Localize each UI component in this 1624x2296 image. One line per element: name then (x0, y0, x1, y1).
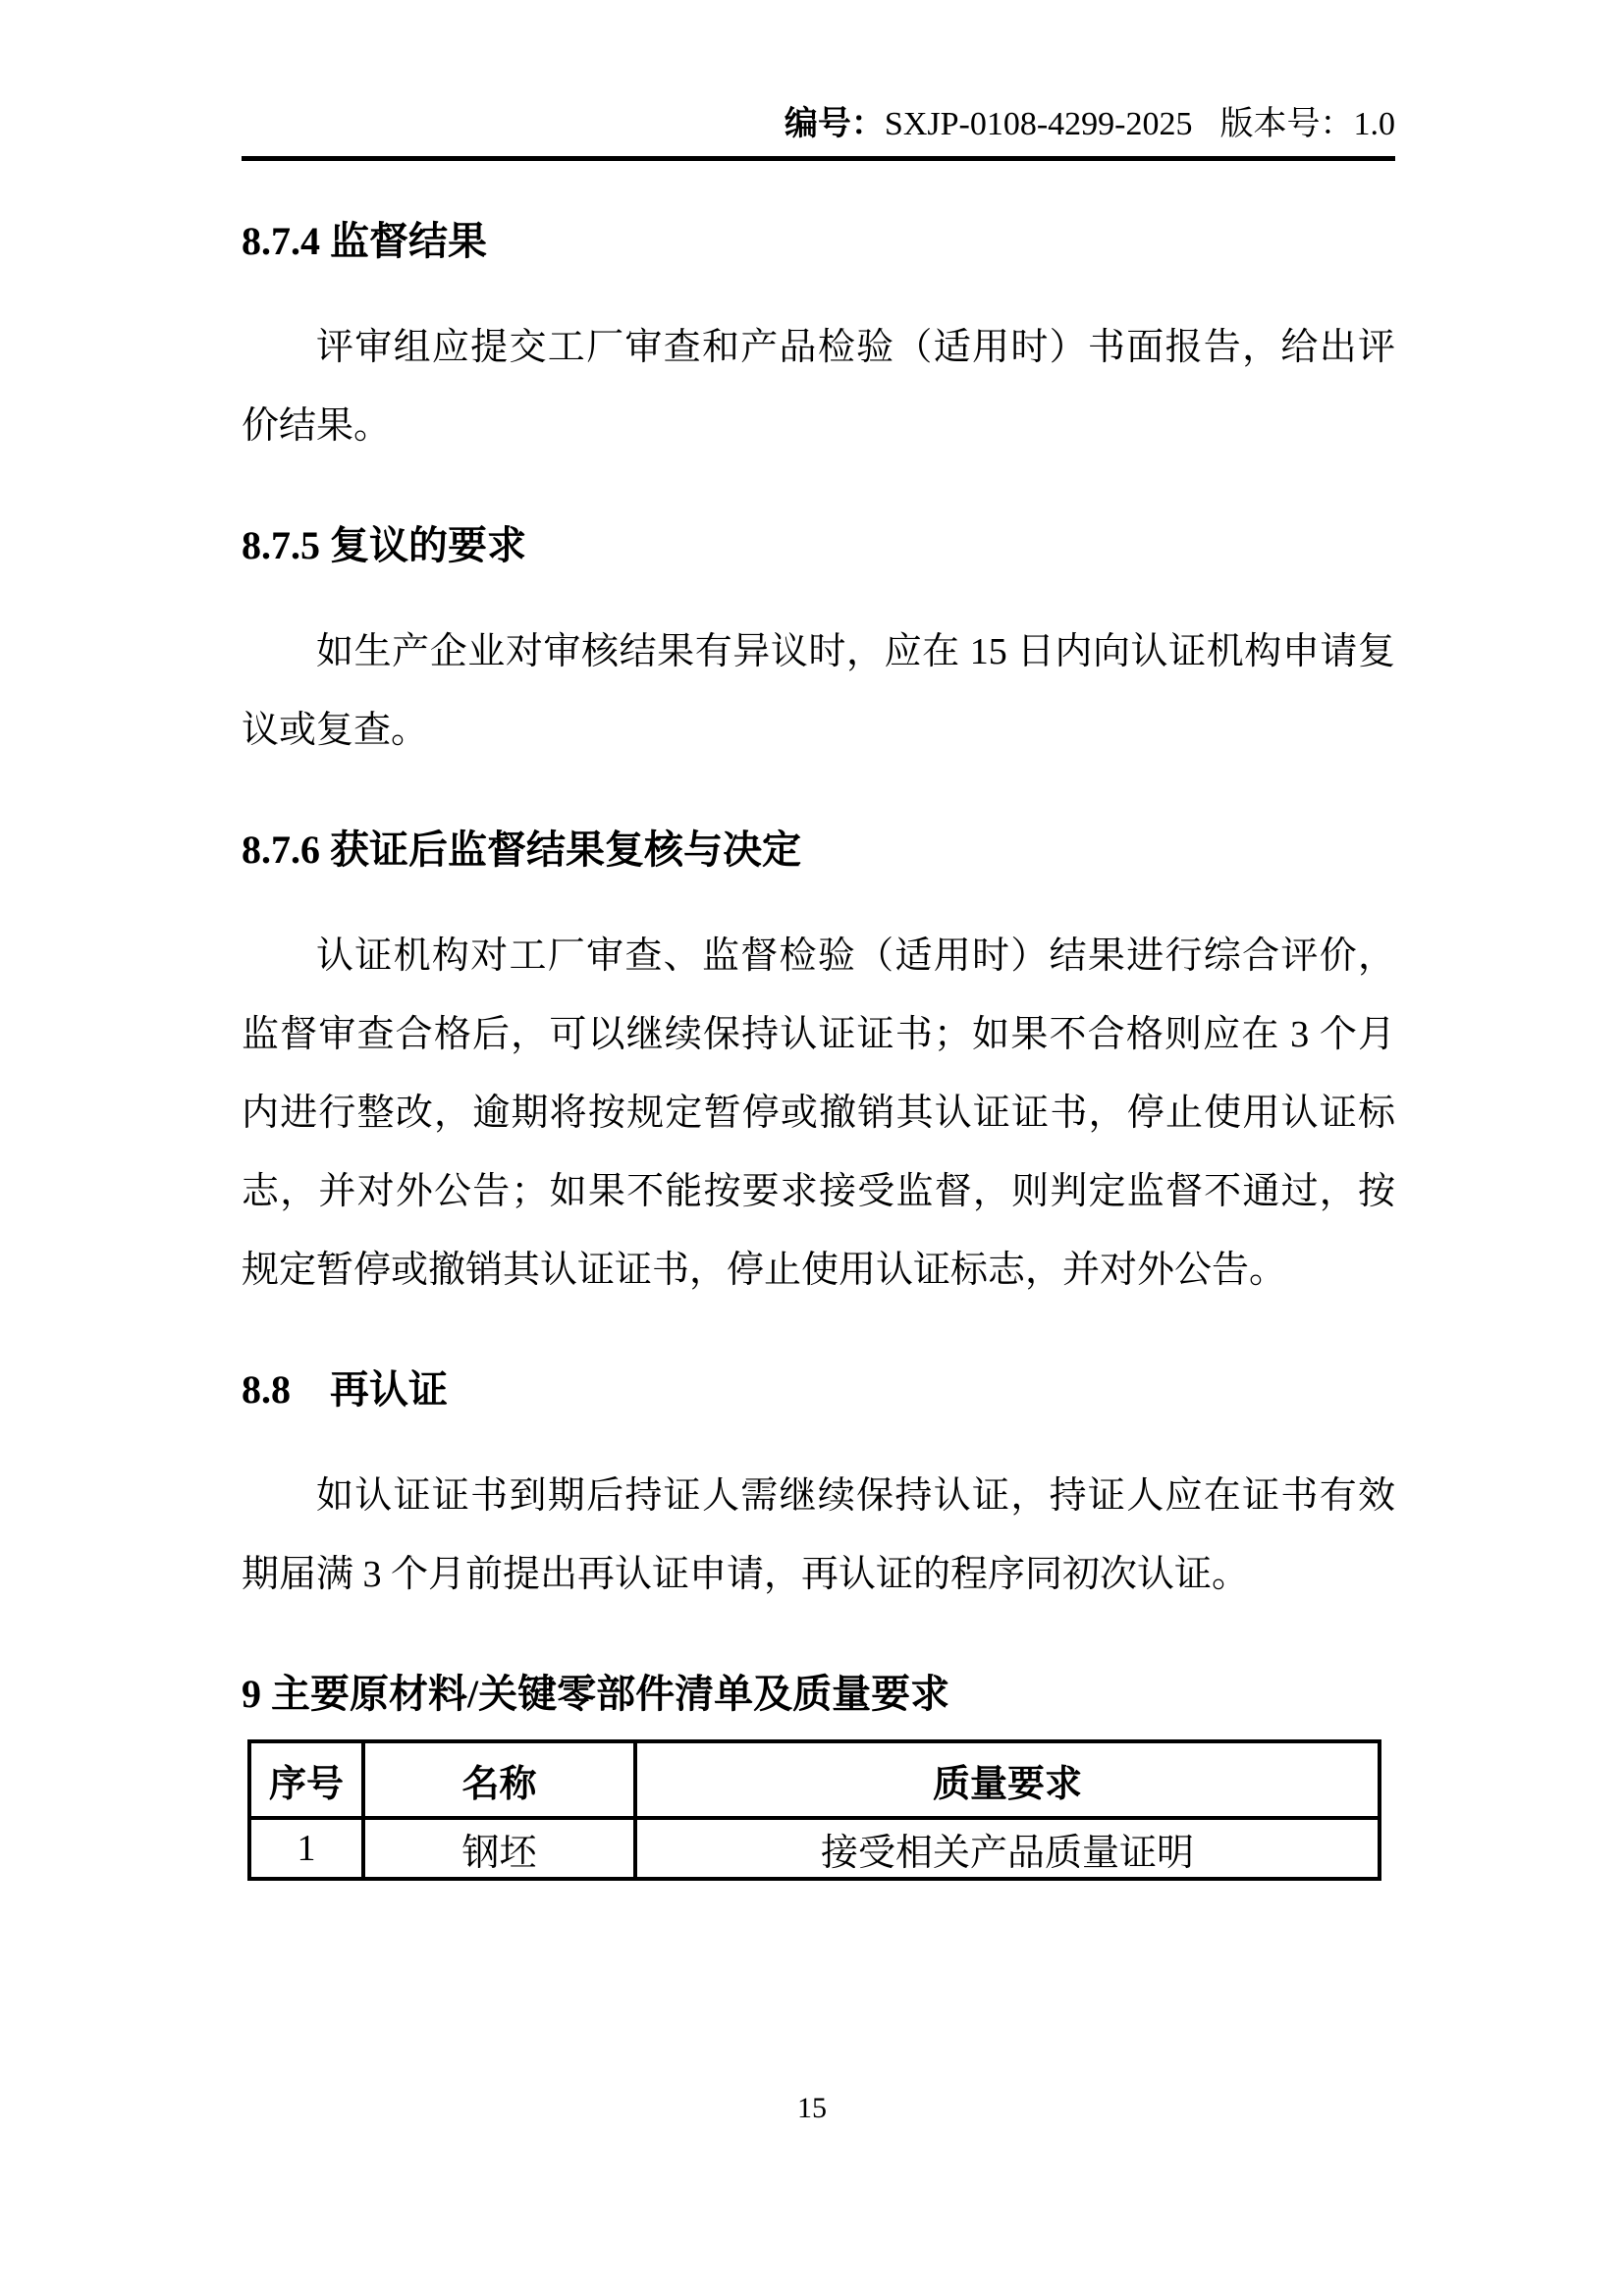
version-label: 版本号： (1220, 106, 1354, 142)
paragraph-8-7-6: 认证机构对工厂审查、监督检验（适用时）结果进行综合评价，监督审查合格后，可以继续… (242, 917, 1395, 1309)
doc-number-label: 编号： (785, 105, 885, 142)
col-header-quality-requirement: 质量要求 (635, 1741, 1380, 1818)
paragraph-8-7-4: 评审组应提交工厂审查和产品检验（适用时）书面报告，给出评价结果。 (242, 308, 1395, 465)
cell-quality-requirement: 接受相关产品质量证明 (635, 1818, 1380, 1879)
page-content: 编号：SXJP-0108-4299-2025版本号：1.0 8.7.4 监督结果… (242, 0, 1395, 1881)
section-heading-8-7-6: 8.7.6 获证后监督结果复核与决定 (242, 828, 1395, 872)
table-header-row: 序号 名称 质量要求 (249, 1741, 1380, 1818)
section-heading-8-7-5: 8.7.5 复议的要求 (242, 524, 1395, 567)
version-value: 1.0 (1354, 106, 1396, 142)
section-heading-8-7-4: 8.7.4 监督结果 (242, 220, 1395, 263)
section-heading-9: 9 主要原材料/关键零部件清单及质量要求 (242, 1673, 1395, 1716)
cell-index: 1 (249, 1818, 363, 1879)
table-row: 1 钢坯 接受相关产品质量证明 (249, 1818, 1380, 1879)
section-heading-8-8: 8.8 再认证 (242, 1368, 1395, 1412)
col-header-index: 序号 (249, 1741, 363, 1818)
doc-number-value: SXJP-0108-4299-2025 (885, 106, 1193, 142)
cell-name: 钢坯 (363, 1818, 635, 1879)
col-header-name: 名称 (363, 1741, 635, 1818)
paragraph-8-8: 如认证证书到期后持证人需继续保持认证，持证人应在证书有效期届满 3 个月前提出再… (242, 1457, 1395, 1614)
document-page: 编号：SXJP-0108-4299-2025版本号：1.0 8.7.4 监督结果… (0, 0, 1624, 2296)
page-number: 15 (0, 2091, 1624, 2126)
document-header: 编号：SXJP-0108-4299-2025版本号：1.0 (242, 0, 1395, 161)
paragraph-8-7-5: 如生产企业对审核结果有异议时，应在 15 日内向认证机构申请复议或复查。 (242, 613, 1395, 770)
materials-table: 序号 名称 质量要求 1 钢坯 接受相关产品质量证明 (247, 1739, 1381, 1881)
